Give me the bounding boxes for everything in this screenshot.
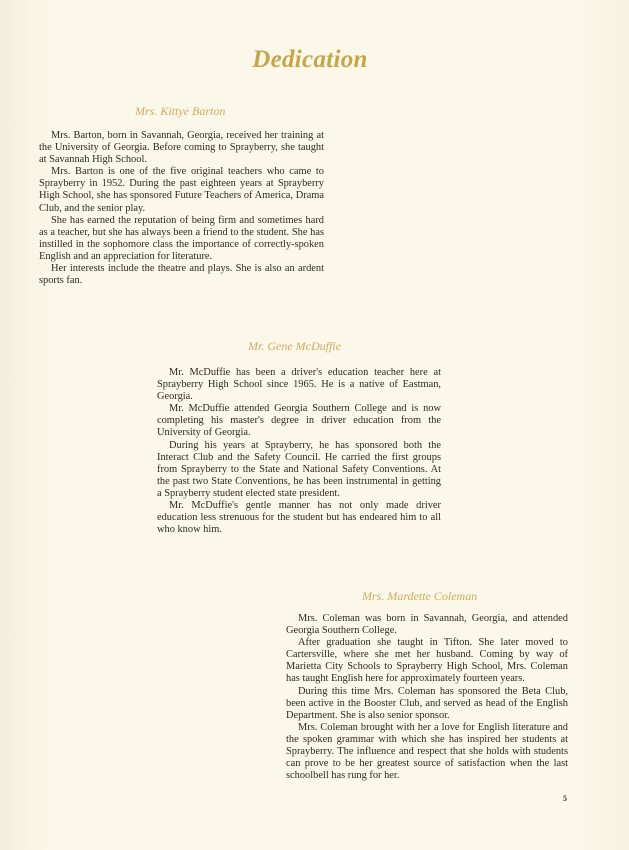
paragraph: Mr. McDuffie has been a driver's educati… [157, 367, 441, 403]
paragraph: Mrs. Coleman brought with her a love for… [286, 722, 568, 782]
page-number: 5 [563, 794, 567, 803]
paragraph: Her interests include the theatre and pl… [39, 263, 324, 287]
paragraph: During this time Mrs. Coleman has sponso… [286, 686, 568, 722]
paragraph: After graduation she taught in Tifton. S… [286, 637, 568, 685]
paragraph: During his years at Sprayberry, he has s… [157, 440, 441, 500]
section-name-coleman: Mrs. Mardette Coleman [362, 589, 477, 604]
page-title: Dedication [0, 46, 620, 74]
section-body-coleman: Mrs. Coleman was born in Savannah, Georg… [286, 613, 568, 782]
section-name-mcduffie: Mr. Gene McDuffie [248, 339, 341, 354]
paragraph: Mrs. Coleman was born in Savannah, Georg… [286, 613, 568, 637]
paragraph: Mrs. Barton is one of the five original … [39, 166, 324, 214]
section-name-barton: Mrs. Kittye Barton [135, 104, 225, 119]
paragraph: Mrs. Barton, born in Savannah, Georgia, … [39, 130, 324, 166]
section-body-barton: Mrs. Barton, born in Savannah, Georgia, … [39, 130, 324, 287]
section-body-mcduffie: Mr. McDuffie has been a driver's educati… [157, 367, 441, 536]
paragraph: She has earned the reputation of being f… [39, 215, 324, 263]
paragraph: Mr. McDuffie attended Georgia Southern C… [157, 403, 441, 439]
paragraph: Mr. McDuffie's gentle manner has not onl… [157, 500, 441, 536]
